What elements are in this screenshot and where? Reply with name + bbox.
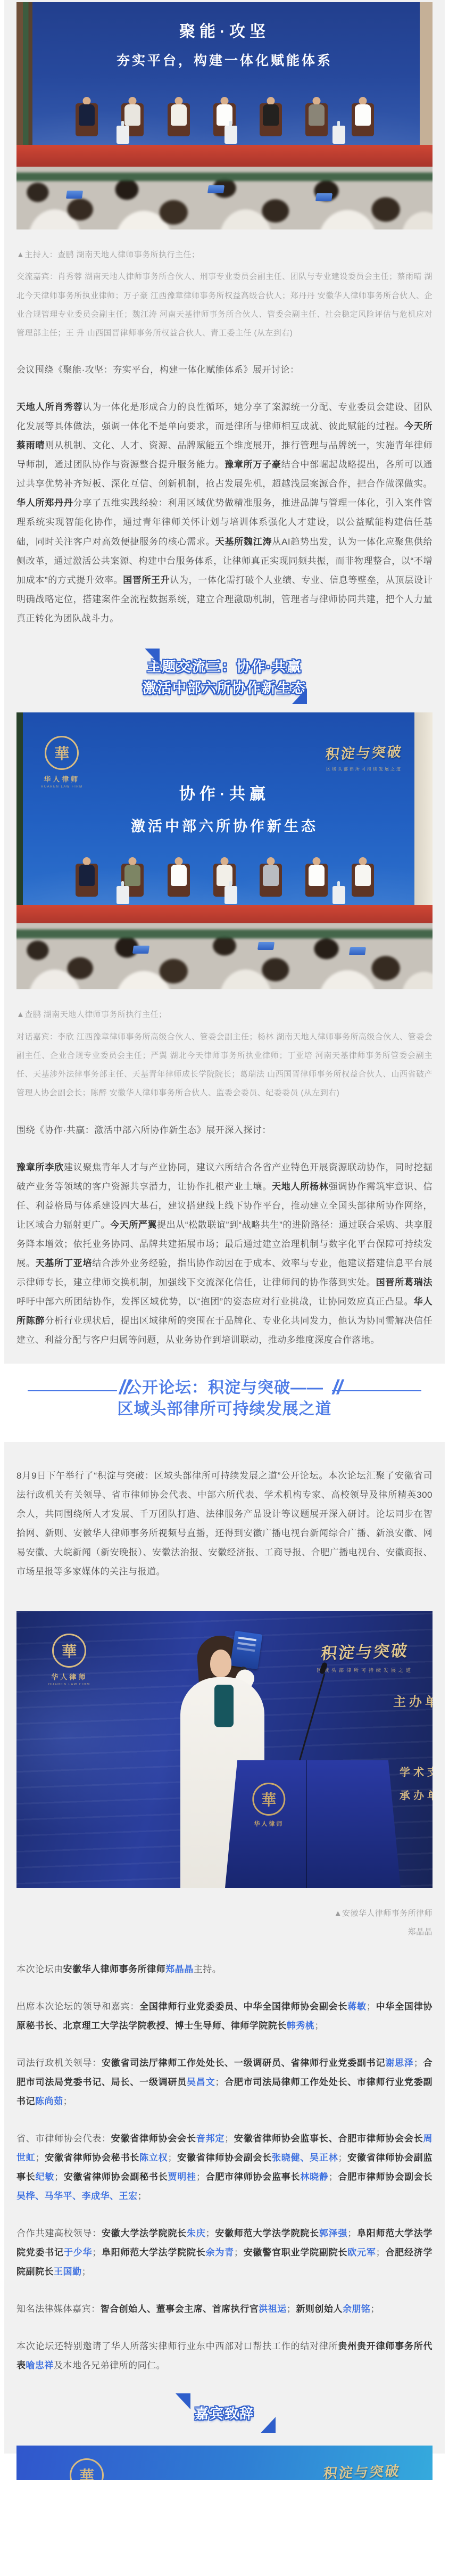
screen-text-fragment: 主办单 bbox=[393, 1691, 433, 1710]
stage-side-table bbox=[117, 126, 129, 144]
table-name-card bbox=[66, 191, 83, 199]
person-name-link[interactable]: 洪祖运 bbox=[259, 2304, 287, 2314]
photo-caption-host: ▲查鹏 湖南天地人律师事务所执行主任； bbox=[16, 1005, 433, 1024]
speaker-face bbox=[210, 1650, 231, 1677]
firm-emblem-icon: 華 bbox=[70, 2458, 104, 2480]
audience-crowd bbox=[16, 923, 433, 989]
text-segment: ； bbox=[414, 2058, 423, 2068]
text-segment: 省、市律师协会代表： bbox=[16, 2134, 111, 2144]
text-segment: 主持。 bbox=[194, 1964, 222, 1974]
text-segment: 知名法律媒体嘉宾： bbox=[16, 2304, 101, 2314]
person-name-link[interactable]: 纪敏 bbox=[36, 2172, 55, 2182]
person-title-bold: 天地人所杨林 bbox=[272, 1182, 329, 1192]
speech-heading: 嘉宾致辞 bbox=[16, 2400, 433, 2427]
person-name-link[interactable]: 余朋铭 bbox=[343, 2304, 371, 2314]
text-segment: 司法行政机关领导： bbox=[16, 2058, 102, 2068]
stage-side-table bbox=[117, 886, 129, 904]
text-segment: 出席本次论坛的领导和嘉宾： bbox=[16, 2001, 139, 2012]
session3-heading-line1: 主题交流三：协作·共赢 bbox=[16, 656, 433, 677]
panelist-figure bbox=[165, 97, 192, 145]
banner-subtitle: 夯实平台，构建一体化赋能体系 bbox=[16, 50, 433, 69]
audience-area bbox=[16, 923, 433, 989]
person-title-bold: 安徽大学法学院院长 bbox=[102, 2228, 187, 2238]
text-segment: 本次论坛由 bbox=[16, 1964, 63, 1974]
firm-emblem-icon: 華 bbox=[52, 1634, 86, 1668]
person-name-link[interactable]: 音邦定 bbox=[196, 2134, 224, 2144]
forum-heading-line2: 区域头部律所可持续发展之道 bbox=[0, 1399, 449, 1421]
forum-heading-line1: 公开论坛：积淀与突破—— bbox=[0, 1377, 449, 1399]
forum-justice-paragraph: 司法行政机关领导：安徽省司法厅律师工作处处长、一级调研员、省律师行业党委副书记谢… bbox=[16, 2054, 433, 2111]
firm-logo: 華 bbox=[70, 2458, 104, 2480]
session2-intro: 会议围绕《聚能·攻坚：夯实平台，构建一体化赋能体系》展开讨论： bbox=[16, 360, 433, 380]
panelist-figure bbox=[257, 857, 284, 905]
speech-heading-line1: 嘉宾致辞 bbox=[16, 2403, 433, 2424]
banner-photo-speeches[interactable]: 華 积淀与突破 bbox=[16, 2446, 433, 2480]
person-title-bold: 天基所魏江涛 bbox=[215, 537, 272, 547]
text-segment: ； bbox=[138, 2191, 147, 2201]
panelists-row bbox=[16, 97, 433, 145]
text-segment: ； bbox=[168, 2153, 177, 2163]
person-name-link[interactable]: 余为青 bbox=[206, 2247, 234, 2258]
speaker-dress bbox=[214, 1685, 234, 1727]
text-segment: ； bbox=[196, 2172, 206, 2182]
text-segment: ； bbox=[206, 2228, 215, 2238]
podium-logo: 華 华人律师 bbox=[252, 1783, 285, 1828]
person-title-bold: 安徽省司法厅律师工作处处长、一级调研员、省律师行业党委副书记 bbox=[102, 2058, 385, 2068]
person-name-link[interactable]: 于少华 bbox=[64, 2247, 92, 2258]
person-name-link[interactable]: 张晓健、吴正林 bbox=[272, 2153, 338, 2163]
person-title-bold: 豫章所李欣 bbox=[16, 1162, 64, 1172]
person-title-bold: 新则创始人 bbox=[296, 2304, 343, 2314]
forum-vip-paragraph: 出席本次论坛的领导和嘉宾：全国律师行业党委委员、中华全国律师协会副会长蒋敏；中华… bbox=[16, 1997, 433, 2036]
panelist-figure bbox=[303, 857, 330, 905]
photo-caption-guests: 对话嘉宾：李欣 江西豫章律师事务所高级合伙人、管委会副主任；杨林 湖南天地人律师… bbox=[16, 1028, 433, 1103]
stage-side-table bbox=[332, 126, 345, 144]
forum-media-paragraph: 知名法律媒体嘉宾：智合创始人、董事会主席、首席执行官洪祖运；新则创始人余朋铭； bbox=[16, 2300, 433, 2319]
photo-caption-speaker-line2: 郑晶晶 bbox=[16, 1923, 433, 1941]
table-name-card bbox=[315, 193, 332, 201]
podium-crease bbox=[306, 1760, 307, 1888]
forum-host-paragraph: 本次论坛由安徽华人律师事务所律师郑晶晶主持。 bbox=[16, 1960, 433, 1979]
screen-text-fragment: 承办单 bbox=[400, 1787, 433, 1802]
panelist-figure bbox=[303, 97, 330, 145]
text-segment: ； bbox=[376, 2247, 386, 2258]
panelist-figure bbox=[350, 97, 376, 145]
person-name-link[interactable]: 郭泽强 bbox=[319, 2228, 347, 2238]
article-section-forum: 8月9日下午举行了“积淀与突破：区域头部律所可持续发展之道”公开论坛。本次论坛汇… bbox=[4, 1442, 445, 2454]
panelist-figure bbox=[257, 97, 284, 145]
person-title-bold: 安徽省律师协会副会长 bbox=[177, 2153, 272, 2163]
table-name-card bbox=[349, 947, 366, 955]
speaker-photo-forum-host[interactable]: 華 华人律师 HUAREN LAW FIRM 积淀与突破 区域头部律所可持续发展… bbox=[16, 1611, 433, 1888]
text-segment: 分析行业现状后，提出区域律所的突围在于品牌化、专业化共同发力，他认为协同需解决信… bbox=[16, 1316, 433, 1345]
article-section-sessions: 聚能·攻坚 夯实平台，构建一体化赋能体系 ▲主持人：查鹏 湖南天地人律师事务所执… bbox=[4, 0, 445, 1364]
table-name-card bbox=[207, 185, 224, 193]
event-calligraphy: 积淀与突破 区域头部律所可持续发展之道 bbox=[317, 1639, 413, 1673]
photo-caption-host: ▲主持人：查鹏 湖南天地人律师事务所执行主任； bbox=[16, 245, 433, 264]
forum-section-heading: // 公开论坛：积淀与突破—— 区域头部律所可持续发展之道 // bbox=[0, 1364, 449, 1442]
heading-slash-icon: // bbox=[119, 1376, 128, 1399]
person-title-bold: 合肥市律师协会副会长 bbox=[338, 2172, 433, 2182]
text-segment: ； bbox=[314, 2021, 324, 2031]
text-segment: ； bbox=[287, 2304, 296, 2314]
person-title-bold: 豫章所万子豪 bbox=[224, 460, 281, 470]
person-title-bold: 阜阳师范大学法学院院长 bbox=[102, 2247, 206, 2258]
person-title-bold: 安徽警官职业学院副院长 bbox=[243, 2247, 347, 2258]
event-calligraphy: 积淀与突破 bbox=[323, 2462, 401, 2480]
person-name-link[interactable]: 陈尚茹 bbox=[35, 2096, 63, 2106]
panel-photo-session2[interactable]: 聚能·攻坚 夯实平台，构建一体化赋能体系 bbox=[16, 2, 433, 229]
forum-invite-paragraph: 本次论坛还特别邀请了华人所落实律师行业东中西部对口帮扶工作的结对律所贵州贵开律师… bbox=[16, 2337, 433, 2375]
text-segment: ； bbox=[347, 2228, 357, 2238]
text-segment: ； bbox=[215, 2077, 224, 2087]
panelists-row bbox=[16, 857, 433, 905]
text-segment: ； bbox=[234, 2247, 244, 2258]
text-segment: ； bbox=[63, 2096, 73, 2106]
banner-title: 聚能·攻坚 bbox=[16, 18, 433, 42]
forum-overview: 8月9日下午举行了“积淀与突破：区域头部律所可持续发展之道”公开论坛。本次论坛汇… bbox=[16, 1466, 433, 1581]
person-title-bold: 天基所丁亚培 bbox=[36, 1258, 93, 1268]
text-segment: ； bbox=[82, 2267, 92, 2277]
event-calligraphy: 积淀与突破 区域头部律所可持续发展之道 bbox=[326, 742, 403, 772]
text-segment: 呼吁中部六所团结协作，发挥区域优势，以“抱团”的姿态应对行业挑战，让协同效应真正… bbox=[16, 1297, 414, 1307]
text-segment: 本次论坛还特别邀请了华人所落实律师行业东中西部对口帮扶工作的结对律所 bbox=[16, 2341, 338, 2351]
text-segment: ； bbox=[367, 2001, 376, 2012]
session3-intro: 围绕《协作·共赢：激活中部六所协作新生态》展开深入探讨： bbox=[16, 1121, 433, 1140]
person-name-link[interactable]: 郑晶晶 bbox=[165, 1964, 194, 1974]
panelist-figure bbox=[73, 97, 100, 145]
person-name-link[interactable]: 谢思泽 bbox=[385, 2058, 413, 2068]
text-segment: 及本地各兄弟律所的同仁。 bbox=[54, 2360, 165, 2370]
panel-photo-session3[interactable]: 華 华人律师 HUAREN LAW FIRM 积淀与突破 区域头部律所可持续发展… bbox=[16, 712, 433, 989]
person-name-link[interactable]: 陈立权 bbox=[139, 2153, 168, 2163]
text-segment: ； bbox=[338, 2153, 347, 2163]
person-title-bold: 今天所严翼 bbox=[110, 1220, 157, 1230]
banner-title: 协作·共赢 bbox=[16, 781, 433, 804]
firm-logo: 華 华人律师 HUAREN LAW FIRM bbox=[48, 1634, 90, 1686]
person-name-link[interactable]: 吴桦、马华平、李成华、王宏 bbox=[16, 2191, 138, 2201]
person-name-link[interactable]: 吴昌文 bbox=[187, 2077, 215, 2087]
text-segment: ； bbox=[370, 2304, 380, 2314]
stage-side-table bbox=[224, 886, 237, 904]
table-name-card bbox=[257, 942, 274, 950]
session3-discussion: 豫章所李欣建议聚焦青年人才与产业协同，建议六所结合各省产业特色开展资源联动协作，… bbox=[16, 1158, 433, 1350]
forum-university-paragraph: 合作共建高校领导：安徽大学法学院院长朱庆；安徽师范大学法学院院长郭泽强；阜阳师范… bbox=[16, 2224, 433, 2282]
text-segment: 合作共建高校领导： bbox=[16, 2228, 102, 2238]
screen-text-fragment: 学术支 bbox=[400, 1763, 433, 1779]
session2-discussion: 天地人所肖秀蓉认为一体化是形成合力的良性循环，她分享了案源统一分配、专业委员会建… bbox=[16, 398, 433, 628]
person-name-link[interactable]: 林晓静 bbox=[300, 2172, 328, 2182]
firm-emblem-icon: 華 bbox=[252, 1783, 285, 1816]
podium: 華 华人律师 bbox=[225, 1760, 401, 1888]
session3-heading: 主题交流三：协作·共赢 激活中部六所协作新生态 bbox=[16, 653, 433, 702]
person-title-bold: 安徽华人律师事务所律师 bbox=[63, 1964, 166, 1974]
person-name-link[interactable]: 王国勤 bbox=[54, 2267, 82, 2277]
text-segment: ； bbox=[36, 2153, 45, 2163]
person-title-bold: 天地人所肖秀蓉 bbox=[16, 402, 82, 412]
session3-heading-line2: 激活中部六所协作新生态 bbox=[16, 677, 433, 699]
person-title-bold: 安徽省律师协会监事长、合肥市律师协会会长 bbox=[234, 2134, 423, 2144]
panelist-figure bbox=[73, 857, 100, 905]
person-title-bold: 智合创始人、董事会主席、首席执行官 bbox=[101, 2304, 259, 2314]
heading-rule-left bbox=[28, 1390, 117, 1391]
speaker-cue-card bbox=[230, 1631, 263, 1670]
person-name-link[interactable]: 朱庆 bbox=[187, 2228, 206, 2238]
person-title-bold: 安徽省律师协会副秘书长 bbox=[64, 2172, 168, 2182]
person-name-link[interactable]: 韩秀桃 bbox=[287, 2021, 315, 2031]
person-title-bold: 安徽省律师协会会长 bbox=[111, 2134, 196, 2144]
audience-area bbox=[16, 167, 433, 229]
person-name-link[interactable]: 欧元军 bbox=[347, 2247, 376, 2258]
forum-association-paragraph: 省、市律师协会代表：安徽省律师协会会长音邦定；安徽省律师协会监事长、合肥市律师协… bbox=[16, 2129, 433, 2206]
text-segment: ； bbox=[224, 2134, 234, 2144]
heading-slash-icon: // bbox=[332, 1376, 342, 1399]
panelist-figure bbox=[350, 857, 376, 905]
forum-heading-text: 公开论坛：积淀与突破—— 区域头部律所可持续发展之道 bbox=[0, 1377, 449, 1421]
text-segment: ； bbox=[92, 2247, 102, 2258]
banner-subtitle: 激活中部六所协作新生态 bbox=[16, 815, 433, 835]
person-title-bold: 国晋所王升 bbox=[123, 575, 170, 585]
person-title-bold: 安徽师范大学法学院院长 bbox=[215, 2228, 319, 2238]
person-name-link[interactable]: 蒋敏 bbox=[347, 2001, 367, 2012]
heading-rule-right bbox=[332, 1390, 421, 1391]
person-title-bold: 安徽省律师协会秘书长 bbox=[45, 2153, 139, 2163]
text-segment: ； bbox=[54, 2172, 64, 2182]
person-title-bold: 全国律师行业党委委员、中华全国律师协会副会长 bbox=[139, 2001, 347, 2012]
stage-side-table bbox=[224, 126, 237, 144]
person-name-link[interactable]: 喻忠祥 bbox=[26, 2360, 54, 2370]
panelist-figure bbox=[165, 857, 192, 905]
person-title-bold: 华人所郑丹丹 bbox=[16, 498, 73, 508]
table-name-card bbox=[132, 946, 149, 954]
stage-side-table bbox=[332, 886, 345, 904]
person-title-bold: 合肥市律师协会监事长 bbox=[205, 2172, 300, 2182]
person-name-link[interactable]: 贾明桂 bbox=[168, 2172, 196, 2182]
person-title-bold: 国晋所葛瑞法 bbox=[376, 1277, 433, 1287]
photo-caption-guests: 交流嘉宾：肖秀蓉 湖南天地人律师事务所合伙人、刑事专业委员会副主任、团队与专业建… bbox=[16, 267, 433, 342]
photo-caption-speaker-line1: ▲安徽华人律师事务所律师 bbox=[16, 1904, 433, 1923]
text-segment: ； bbox=[329, 2172, 338, 2182]
firm-emblem-icon: 華 bbox=[45, 736, 79, 770]
